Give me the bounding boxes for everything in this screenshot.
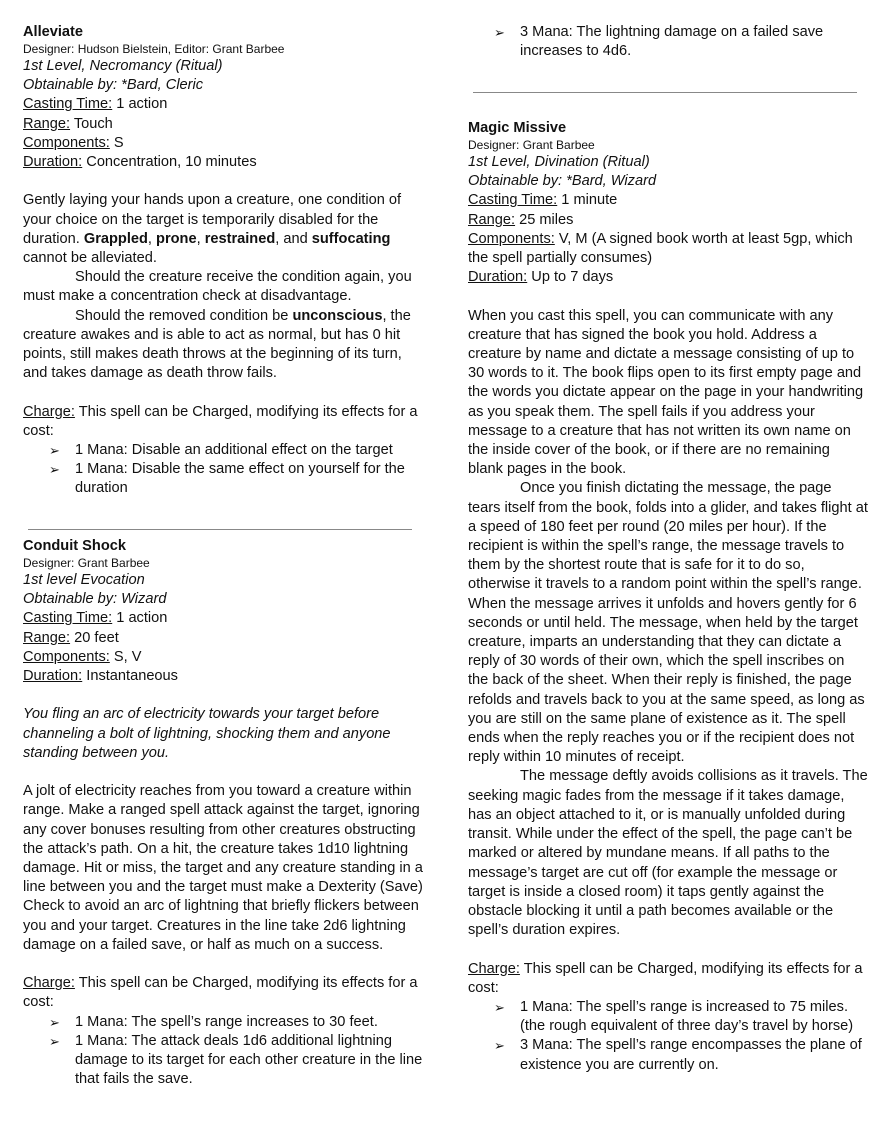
spell-description-p1: When you cast this spell, you can commun… — [468, 307, 868, 480]
spell-components: Components: V, M (A signed book worth at… — [468, 230, 868, 268]
spell-description-p1: Gently laying your hands upon a creature… — [23, 191, 423, 268]
range-value: Touch — [70, 116, 113, 132]
spell-level-school: 1st Level, Necromancy (Ritual) — [23, 57, 423, 76]
charge-item: ➢1 Mana: The spell’s range increases to … — [23, 1013, 423, 1032]
arrow-bullet-icon: ➢ — [49, 1032, 60, 1051]
charge-list: ➢3 Mana: The lightning damage on a faile… — [468, 23, 868, 61]
spell-casting-time: Casting Time: 1 minute — [468, 191, 868, 210]
spell-duration: Duration: Up to 7 days — [468, 268, 868, 287]
arrow-bullet-icon: ➢ — [494, 23, 505, 42]
spell-obtainable: Obtainable by: *Bard, Cleric — [23, 76, 423, 95]
charge-item: ➢1 Mana: Disable an additional effect on… — [23, 441, 423, 460]
spell-range: Range: Touch — [23, 115, 423, 134]
range-label: Range: — [23, 630, 70, 646]
casting-time-value: 1 action — [112, 610, 167, 626]
duration-value: Instantaneous — [82, 668, 178, 684]
spell-duration: Duration: Instantaneous — [23, 667, 423, 686]
arrow-bullet-icon: ➢ — [49, 1013, 60, 1032]
spell-description-p2: Should the creature receive the conditio… — [23, 268, 423, 306]
spell-components: Components: S — [23, 134, 423, 153]
casting-time-label: Casting Time: — [23, 610, 112, 626]
range-label: Range: — [23, 116, 70, 132]
arrow-bullet-icon: ➢ — [49, 460, 60, 479]
spell-title: Magic Missive — [468, 119, 868, 138]
spell-range: Range: 20 feet — [23, 629, 423, 648]
spell-components: Components: S, V — [23, 648, 423, 667]
spell-range: Range: 25 miles — [468, 211, 868, 230]
duration-label: Duration: — [23, 154, 82, 170]
spell-obtainable: Obtainable by: Wizard — [23, 590, 423, 609]
spell-description-p3: The message deftly avoids collisions as … — [468, 767, 868, 940]
spell-conduit-shock-continued: ➢3 Mana: The lightning damage on a faile… — [468, 23, 868, 61]
spell-level-school: 1st Level, Divination (Ritual) — [468, 153, 868, 172]
arrow-bullet-icon: ➢ — [49, 441, 60, 460]
duration-value: Concentration, 10 minutes — [82, 154, 256, 170]
range-value: 20 feet — [70, 630, 119, 646]
charge-item: ➢3 Mana: The lightning damage on a faile… — [468, 23, 868, 61]
components-label: Components: — [23, 135, 110, 151]
components-value: S, V — [110, 649, 142, 665]
duration-value: Up to 7 days — [527, 269, 613, 285]
components-label: Components: — [23, 649, 110, 665]
casting-time-value: 1 action — [112, 96, 167, 112]
charge-label: Charge: — [468, 961, 520, 977]
spell-description-p2: Once you finish dictating the message, t… — [468, 479, 868, 767]
spell-magic-missive: Magic Missive Designer: Grant Barbee 1st… — [468, 119, 868, 1075]
charge-list: ➢1 Mana: Disable an additional effect on… — [23, 441, 423, 499]
spell-casting-time: Casting Time: 1 action — [23, 95, 423, 114]
spell-casting-time: Casting Time: 1 action — [23, 609, 423, 628]
spell-description-p3: Should the removed condition be unconsci… — [23, 307, 423, 384]
charge-item: ➢1 Mana: Disable the same effect on your… — [23, 460, 423, 498]
charge-list: ➢1 Mana: The spell’s range increases to … — [23, 1013, 423, 1090]
range-label: Range: — [468, 212, 515, 228]
charge-item: ➢3 Mana: The spell’s range encompasses t… — [468, 1036, 868, 1074]
charge-item: ➢1 Mana: The attack deals 1d6 additional… — [23, 1032, 423, 1090]
components-value: S — [110, 135, 124, 151]
range-value: 25 miles — [515, 212, 573, 228]
duration-label: Duration: — [468, 269, 527, 285]
arrow-bullet-icon: ➢ — [494, 1036, 505, 1055]
spell-flavor-text: You fling an arc of electricity towards … — [23, 705, 423, 763]
casting-time-label: Casting Time: — [23, 96, 112, 112]
components-label: Components: — [468, 231, 555, 247]
charge-item: ➢1 Mana: The spell’s range is increased … — [468, 998, 868, 1036]
spell-charge: Charge: This spell can be Charged, modif… — [23, 403, 423, 441]
charge-list: ➢1 Mana: The spell’s range is increased … — [468, 998, 868, 1075]
spell-duration: Duration: Concentration, 10 minutes — [23, 153, 423, 172]
charge-label: Charge: — [23, 975, 75, 991]
spell-title: Conduit Shock — [23, 537, 423, 556]
spell-description: A jolt of electricity reaches from you t… — [23, 782, 423, 955]
spell-charge: Charge: This spell can be Charged, modif… — [23, 974, 423, 1012]
spell-charge: Charge: This spell can be Charged, modif… — [468, 960, 868, 998]
spell-obtainable: Obtainable by: *Bard, Wizard — [468, 172, 868, 191]
casting-time-label: Casting Time: — [468, 192, 557, 208]
spell-title: Alleviate — [23, 23, 423, 42]
casting-time-value: 1 minute — [557, 192, 617, 208]
charge-label: Charge: — [23, 404, 75, 420]
spell-level-school: 1st level Evocation — [23, 571, 423, 590]
spell-conduit-shock: Conduit Shock Designer: Grant Barbee 1st… — [23, 537, 423, 1089]
section-divider — [473, 92, 857, 93]
spell-designer: Designer: Hudson Bielstein, Editor: Gran… — [23, 42, 423, 57]
duration-label: Duration: — [23, 668, 82, 684]
spell-alleviate: Alleviate Designer: Hudson Bielstein, Ed… — [23, 23, 423, 499]
spell-designer: Designer: Grant Barbee — [468, 138, 868, 153]
arrow-bullet-icon: ➢ — [494, 998, 505, 1017]
spell-designer: Designer: Grant Barbee — [23, 556, 423, 571]
section-divider — [28, 529, 412, 530]
